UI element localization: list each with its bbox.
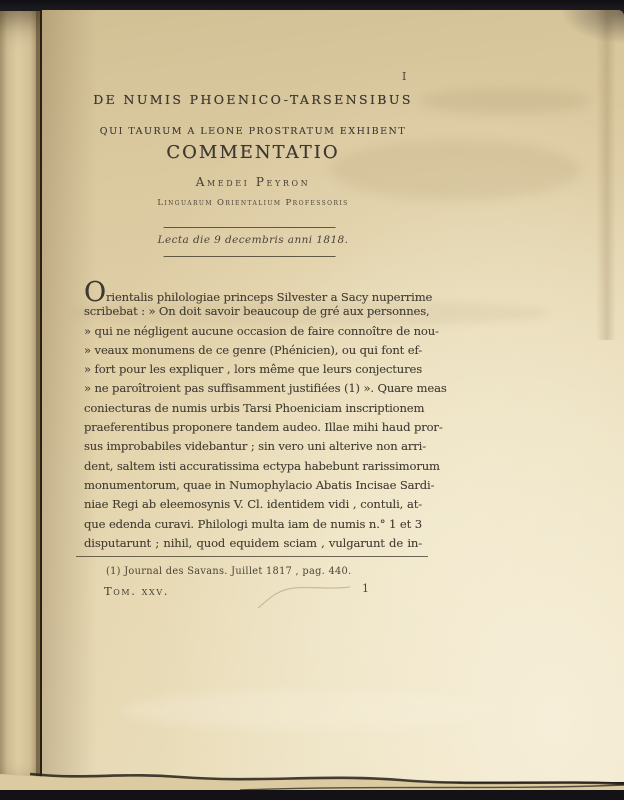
horizontal-rule (164, 256, 336, 257)
text-line: que edenda curavi. Philologi multa iam d… (84, 515, 422, 534)
page-subtitle: QUI TAURUM A LEONE PROSTRATUM EXHIBENT (84, 126, 422, 137)
page-fore-edge-stack (0, 11, 40, 792)
pencil-squiggle (254, 578, 384, 614)
page-number: I (402, 70, 407, 83)
text-line: Orientalis philologiae princeps Silveste… (84, 283, 422, 302)
horizontal-rule (164, 227, 336, 228)
footnote-rule (76, 556, 428, 557)
paper-stain (420, 88, 590, 114)
page-corner-shade (560, 10, 624, 44)
text-line: praeferentibus proponere tandem audeo. I… (84, 418, 422, 437)
text-line: monumentorum, quae in Numophylacio Abati… (84, 476, 422, 495)
page-title: DE NUMIS PHOENICO-TARSENSIBUS (84, 92, 422, 107)
footnote-text: (1) Journal des Savans. Juillet 1817 , p… (84, 566, 422, 577)
text-line: sus improbabiles videbantur ; sin vero u… (84, 437, 422, 456)
text-line: disputarunt ; nihil, quod equidem sciam … (84, 534, 422, 553)
text-line: » fort pour les expliquer , lors même qu… (84, 360, 422, 379)
author-title: Linguarum Orientalium Professoris (84, 198, 422, 208)
text-line: coniecturas de numis urbis Tarsi Phoenic… (84, 399, 422, 418)
text-line: » veaux monumens de ce genre (Phénicien)… (84, 341, 422, 360)
torn-page-bottom-edge (0, 744, 624, 800)
printed-text-block: I DE NUMIS PHOENICO-TARSENSIBUS QUI TAUR… (84, 0, 422, 800)
body-paragraph: Orientalis philologiae princeps Silveste… (84, 283, 422, 553)
lecture-date-note: Lecta die 9 decembris anni 1818. (84, 234, 422, 246)
text-line: scribebat : » On doit savoir beaucoup de… (84, 302, 422, 321)
text-line: » qui ne négligent aucune occasion de fa… (84, 322, 422, 341)
volume-label: Tom. xxv. (104, 584, 169, 598)
text-line: dent, saltem isti accuratissima ectypa h… (84, 457, 422, 476)
text-line: » ne paroîtroient pas suffisamment justi… (84, 379, 422, 398)
page-right-crease (596, 10, 616, 340)
heading-genre: COMMENTATIO (84, 142, 422, 163)
author-name: Amedei Peyron (84, 175, 422, 189)
text-line: niae Regi ab eleemosynis V. Cl. identide… (84, 495, 422, 514)
